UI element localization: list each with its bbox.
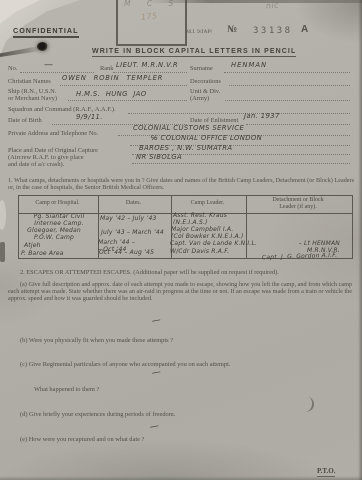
field-label-private-address: Private Address and Telephone No. xyxy=(8,130,98,137)
scanned-pow-questionnaire: CONFIDENTIAL M C S 175 nic M.I. 9/JAP/ №… xyxy=(0,0,362,480)
table-header-block-leader: Detachment or Block Leader (if any). xyxy=(245,197,351,211)
field-value-rank: LIEUT. M.R.N.V.R xyxy=(116,62,178,69)
answer-2d-dash: — xyxy=(149,423,160,432)
form-line xyxy=(52,123,187,125)
field-label-decorations: Decorations xyxy=(190,78,221,85)
table-cell-dates: May ’42 – July ’43 xyxy=(100,216,157,223)
pencil-scribble: nic xyxy=(266,2,279,10)
question-2-title: 2. ESCAPES OR ATTEMPTED ESCAPES. (Additi… xyxy=(20,269,279,276)
table-cell-camp: Gloegoer, Medan P.O.W. Camp xyxy=(21,228,87,241)
field-label-squadron: Squadron and Command (R.A.F., A.A.F.). xyxy=(8,106,116,113)
form-line xyxy=(113,71,187,73)
table-cell-leader: Major Campbell I.A. (Col Bowker K.N.E.I.… xyxy=(171,227,244,240)
table-cell-leader: Asst. Rest. Kraus (N.E.I.A.S.) xyxy=(173,213,227,226)
crease-shadow xyxy=(0,44,42,57)
question-2b-text: (b) Were you physically fit when you mad… xyxy=(20,337,173,344)
question-2c2-text: What happened to them ? xyxy=(34,386,99,393)
field-label-rank: Rank xyxy=(100,65,114,72)
table-cell-leader: W/Cdr Davis R.A.F. xyxy=(170,249,229,256)
field-label-no: No. xyxy=(8,65,17,72)
form-line xyxy=(118,134,350,136)
field-label-surname: Surname xyxy=(190,65,213,72)
form-no-sign: № xyxy=(227,25,237,35)
field-value-date-of-enlistment: Jan. 1937 xyxy=(244,113,280,120)
answer-2a-dash: — xyxy=(151,317,162,326)
table-cell-dates: July ’43 – March ’44 xyxy=(101,230,164,237)
field-value-ship: H.M.S. HUNG JAO xyxy=(76,91,147,98)
page-turn-over: P.T.O. xyxy=(317,467,335,477)
form-line xyxy=(132,153,350,155)
field-value-capture-1: BAROES , N.W. SUMATRA xyxy=(139,145,232,152)
field-value-private-address-1: COLONIAL CUSTOMS SERVICE xyxy=(133,125,244,132)
classification-stamp: CONFIDENTIAL xyxy=(13,26,79,38)
field-label-date-of-enlistment: Date of Enlistment xyxy=(190,117,238,124)
right-edge-shadow xyxy=(358,0,362,480)
table-cell-camp: Pg. Siantar Civil Internee Camp. xyxy=(23,214,95,227)
field-label-capture: Place and Date of Original Capture (Airc… xyxy=(8,147,98,168)
form-number: 33138 xyxy=(253,26,293,36)
form-suffix: A xyxy=(301,24,308,35)
table-header-leader: Camp Leader. xyxy=(170,200,245,207)
form-line xyxy=(20,71,94,73)
left-edge-tear xyxy=(0,200,6,230)
field-label-ship: Ship (R.N., U.S.N. or Merchant Navy) xyxy=(8,88,57,102)
table-header-camp: Camp or Hospital. xyxy=(18,200,97,207)
table-cell-dates: Oct ’44 – Aug ’45 xyxy=(99,250,154,257)
table-header-dates: Dates. xyxy=(97,200,170,207)
table-cell-leader: Capt. Van de Lande K.N.I.L. xyxy=(170,241,257,248)
field-value-date-of-birth: 9/9/11. xyxy=(76,114,103,121)
field-value-christian-names: OWEN ROBIN TEMPLER xyxy=(62,75,163,82)
field-label-christian-names: Christian Names xyxy=(8,78,51,85)
answer-2c-dash: — xyxy=(151,369,162,378)
form-series-ref: M.I. 9/JAP/ xyxy=(186,29,212,35)
form-line xyxy=(225,99,350,101)
form-line xyxy=(132,162,350,164)
punch-hole xyxy=(37,42,48,51)
form-line xyxy=(60,84,187,86)
form-line xyxy=(68,99,187,101)
question-1-text: 1. What camps, detachments or hospitals … xyxy=(8,177,354,191)
field-value-capture-2: NR SIBOLGA xyxy=(136,154,182,161)
table-cell-block-leader: Capt. J. G. Gordon A.I.F. xyxy=(262,253,337,262)
stamp-box-number: 175 xyxy=(141,12,158,21)
question-2e-text: (e) How were you recaptured and on what … xyxy=(20,436,144,443)
form-line xyxy=(128,112,350,114)
table-cell-camp: P. Baroe Area xyxy=(21,251,64,258)
question-2a-text: (a) Give full description and approx. da… xyxy=(8,281,352,303)
field-value-private-address-2: ℅ COLONIAL OFFICE LONDON xyxy=(151,135,262,142)
question-2c-text: (c) Give Regimental particulars of anyon… xyxy=(20,361,230,368)
stamp-box-marking: M C S xyxy=(124,0,180,7)
table-cell-camp: Atjeh xyxy=(24,243,41,250)
field-value-no: — xyxy=(44,62,53,69)
field-label-date-of-birth: Date of Birth xyxy=(8,117,42,124)
form-line xyxy=(229,84,350,86)
field-label-unit: Unit & Div. (Army) xyxy=(190,88,220,102)
form-line xyxy=(224,71,350,73)
bottom-edge-shadow xyxy=(0,476,362,480)
form-line xyxy=(130,144,350,146)
question-2d-text: (d) Give briefly your experiences during… xyxy=(20,411,175,418)
left-edge-mark xyxy=(0,242,5,262)
instruction-heading: WRITE IN BLOCK CAPITAL LETTERS IN PENCIL xyxy=(92,48,296,57)
pencil-curl-mark xyxy=(302,396,315,413)
field-value-surname: HENMAN xyxy=(231,62,267,69)
form-line xyxy=(246,123,350,125)
